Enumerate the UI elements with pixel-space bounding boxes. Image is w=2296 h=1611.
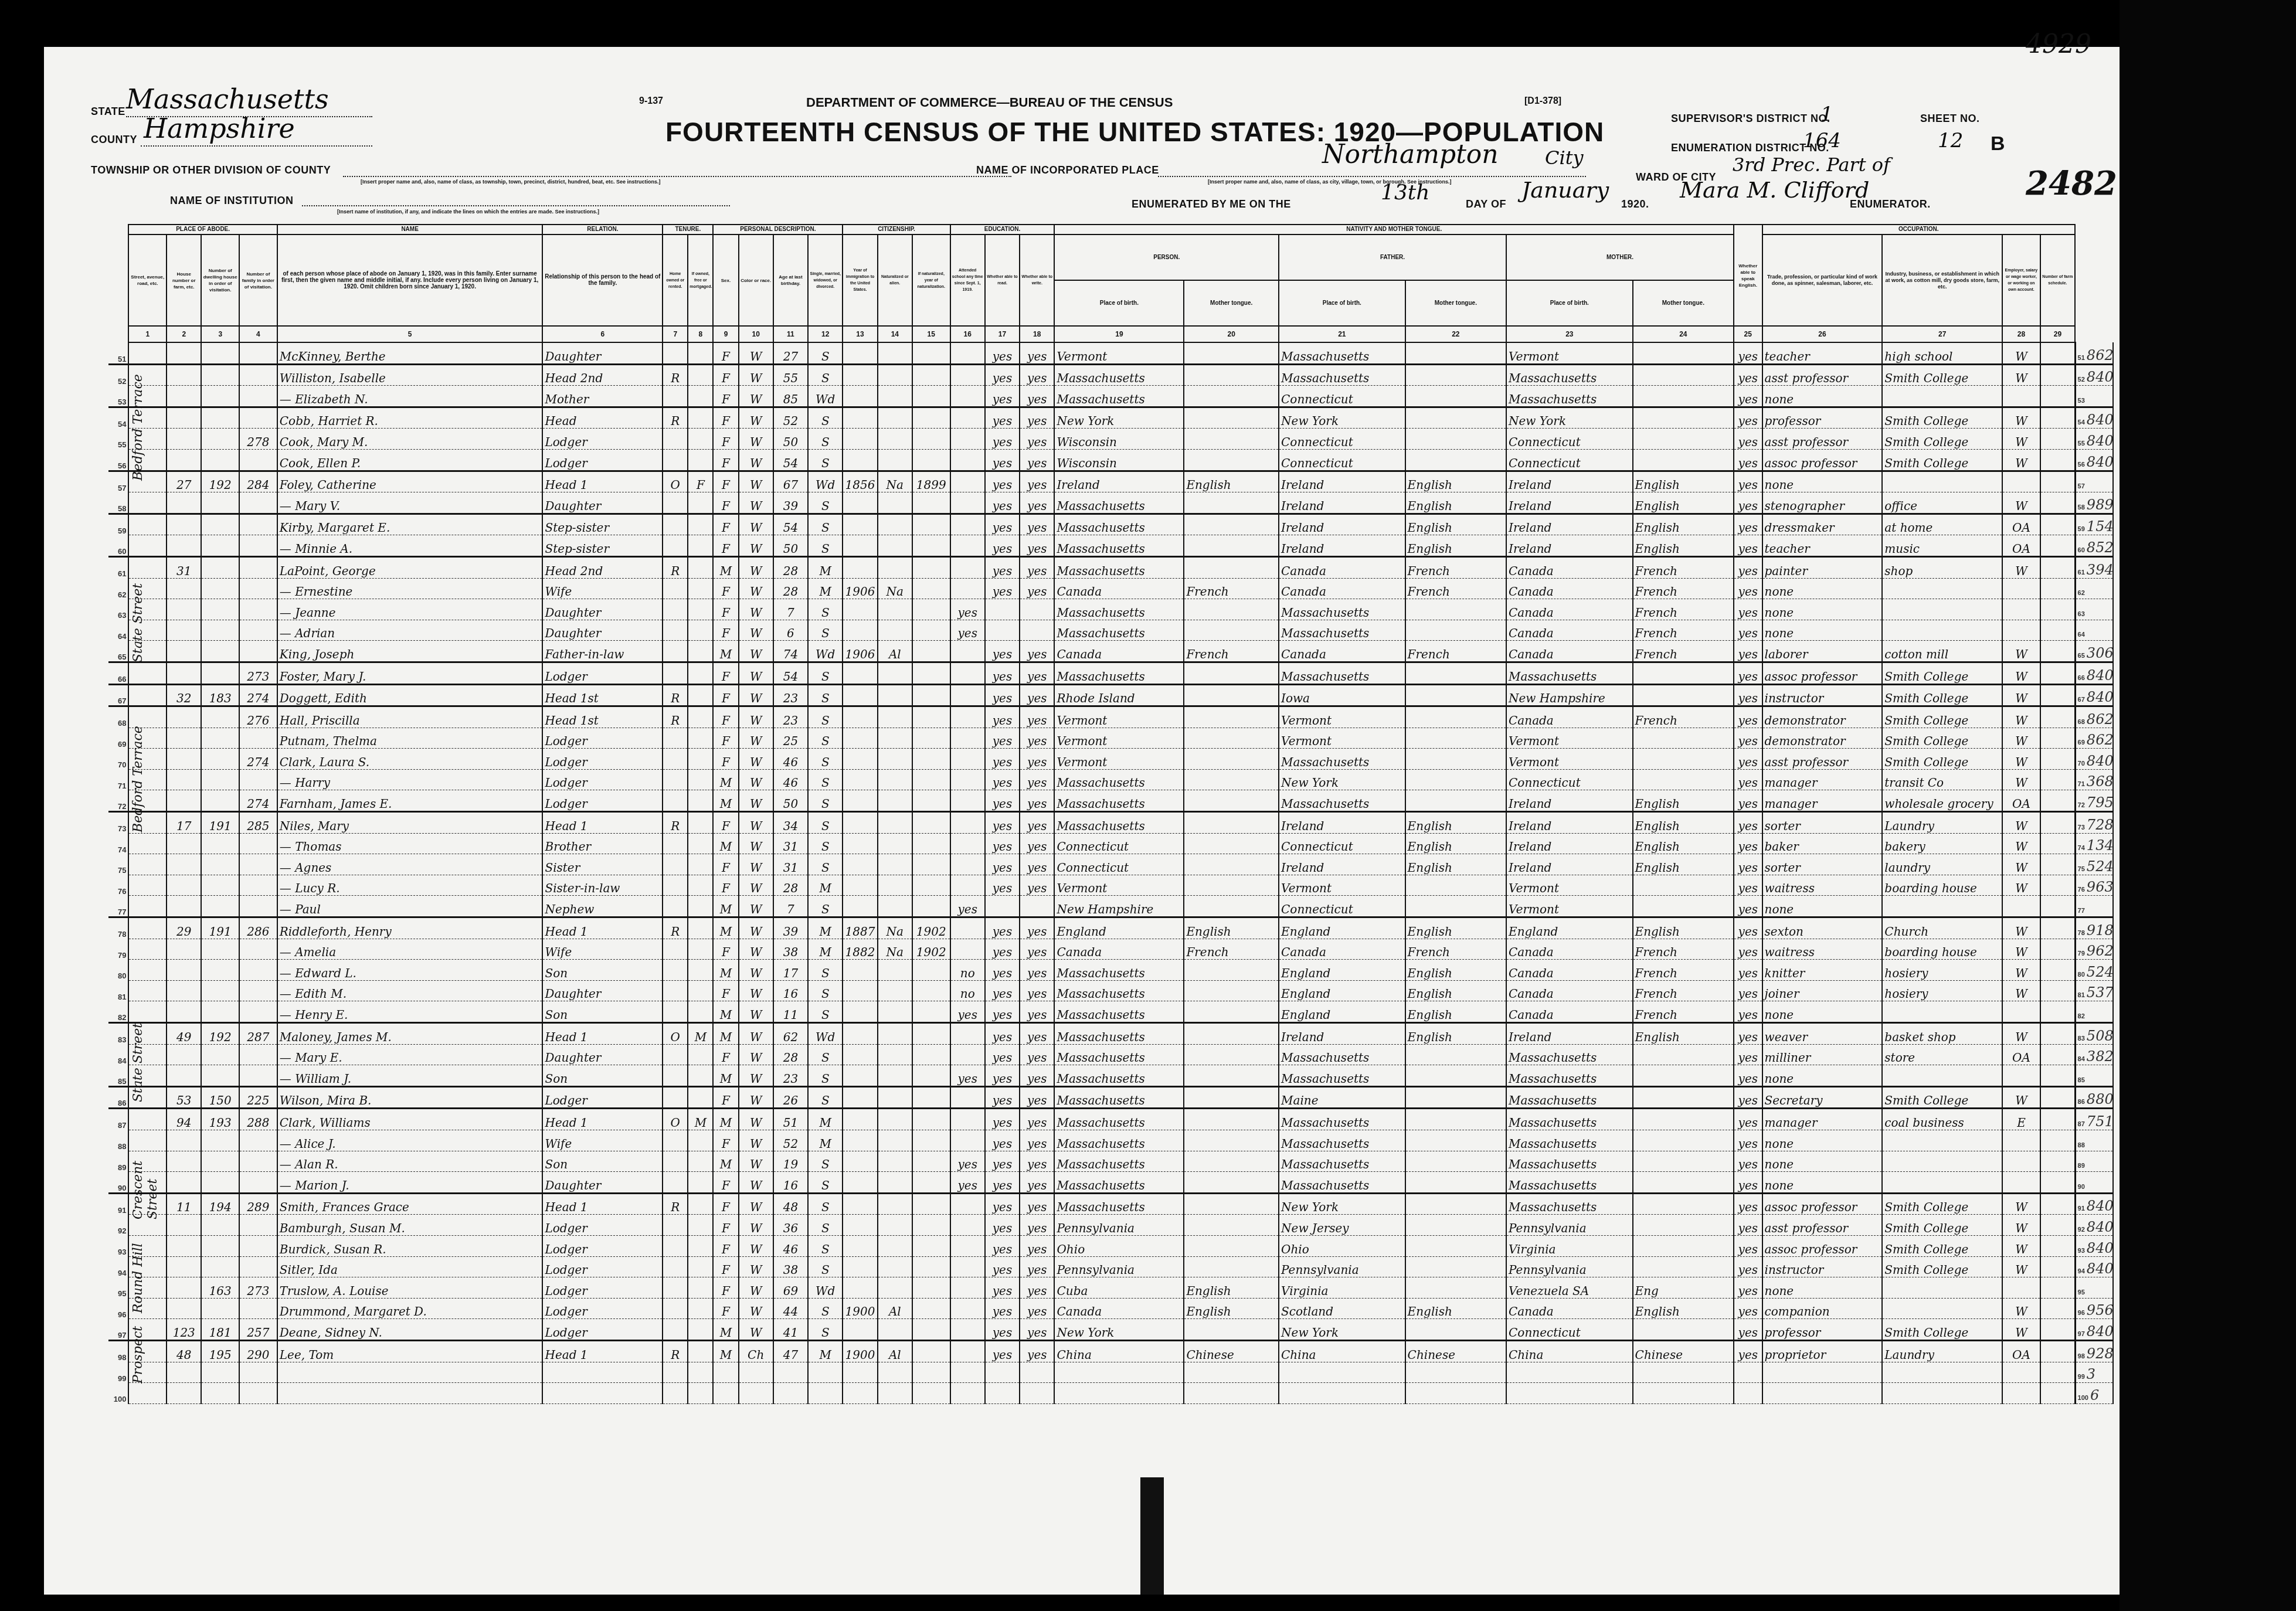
- stamp-number-side: 2482: [2026, 164, 2117, 203]
- tenure-cell: O: [663, 471, 688, 492]
- mother-tongue-cell: French: [1184, 939, 1279, 960]
- father-tongue-cell: [1405, 1044, 1506, 1065]
- dwelling-number-cell: [201, 342, 239, 364]
- sex-cell: F: [713, 1130, 738, 1151]
- write-cell: yes: [1020, 1340, 1054, 1362]
- mother-tongue-of-mother-cell: [1633, 1086, 1734, 1109]
- tenure-cell: [663, 769, 688, 790]
- farm-schedule-cell: [2040, 1256, 2075, 1277]
- school-cell: [950, 1130, 985, 1151]
- mother-tongue-cell: [1184, 960, 1279, 981]
- father-tongue-cell: [1405, 1172, 1506, 1194]
- occupation-trade-cell: manager: [1762, 769, 1883, 790]
- occupation-code: 64: [2075, 620, 2113, 641]
- person-name-cell: — Alan R.: [277, 1151, 543, 1172]
- occupation-code: 54 840: [2075, 407, 2113, 429]
- father-birthplace-cell: Connecticut: [1279, 896, 1405, 917]
- employer-class-cell: [2002, 1130, 2040, 1151]
- mother-tongue-of-mother-cell: English: [1633, 535, 1734, 557]
- occupation-trade-cell: assoc professor: [1762, 449, 1883, 471]
- dwelling-number-cell: [201, 1362, 239, 1383]
- line-number-right: 61: [2078, 569, 2085, 576]
- naturalization-year-cell: [912, 407, 950, 429]
- family-number-cell: [239, 449, 277, 471]
- occupation-industry-cell: [1882, 386, 2002, 407]
- mother-tongue-of-mother-cell: French: [1633, 980, 1734, 1001]
- occupation-code-value: 134: [2087, 837, 2113, 854]
- school-cell: no: [950, 980, 985, 1001]
- dwelling-number-cell: [201, 449, 239, 471]
- mother-birthplace-cell: Pennsylvania: [1506, 1215, 1633, 1236]
- mother-tongue-of-mother-cell: [1633, 1362, 1734, 1383]
- race-cell: W: [739, 1023, 773, 1045]
- speaks-english-cell: yes: [1734, 790, 1762, 812]
- line-number: 67: [108, 684, 128, 706]
- sex-cell: M: [713, 1023, 738, 1045]
- mortgage-cell: [688, 728, 713, 749]
- naturalized-cell: [878, 1383, 912, 1404]
- tenure-cell: [663, 535, 688, 557]
- marital-status-cell: S: [808, 364, 843, 386]
- speaks-english-cell: yes: [1734, 1001, 1762, 1023]
- birthplace-cell: Massachusetts: [1054, 386, 1184, 407]
- table-row: 84— Mary E.DaughterFW28SyesyesMassachuse…: [108, 1044, 2113, 1065]
- naturalization-year-cell: [912, 599, 950, 620]
- race-cell: W: [739, 1277, 773, 1299]
- relation-cell: Daughter: [542, 599, 663, 620]
- father-tongue-cell: [1405, 620, 1506, 641]
- race-cell: W: [739, 684, 773, 706]
- naturalized-cell: Na: [878, 578, 912, 599]
- speaks-english-cell: yes: [1734, 1130, 1762, 1151]
- school-cell: [950, 728, 985, 749]
- occupation-code: 91 840: [2075, 1193, 2113, 1215]
- person-name-cell: Williston, Isabelle: [277, 364, 543, 386]
- farm-schedule-cell: [2040, 492, 2075, 514]
- sex-cell: M: [713, 833, 738, 854]
- dwelling-number-cell: 191: [201, 812, 239, 834]
- farm-schedule-cell: [2040, 1065, 2075, 1087]
- immigration-year-cell: [843, 728, 877, 749]
- father-tongue-cell: [1405, 684, 1506, 706]
- occupation-code: 97 840: [2075, 1319, 2113, 1341]
- farm-schedule-cell: [2040, 769, 2075, 790]
- sex-cell: F: [713, 535, 738, 557]
- relation-cell: Wife: [542, 1130, 663, 1151]
- race-cell: W: [739, 429, 773, 450]
- immigration-year-cell: 1882: [843, 939, 877, 960]
- farm-schedule-cell: [2040, 728, 2075, 749]
- father-tongue-cell: [1405, 407, 1506, 429]
- naturalized-cell: [878, 854, 912, 875]
- mother-tongue-cell: [1184, 1065, 1279, 1087]
- sex-cell: F: [713, 1298, 738, 1319]
- employer-class-cell: W: [2002, 1215, 2040, 1236]
- house-number-cell: [167, 769, 201, 790]
- school-cell: [950, 1109, 985, 1130]
- race-cell: W: [739, 514, 773, 535]
- person-name-cell: — Henry E.: [277, 1001, 543, 1023]
- occupation-code: 55 840: [2075, 429, 2113, 450]
- naturalized-cell: [878, 662, 912, 684]
- dwelling-number-cell: 183: [201, 684, 239, 706]
- read-cell: yes: [985, 342, 1020, 364]
- mother-tongue-of-mother-cell: [1633, 1172, 1734, 1194]
- occupation-industry-cell: Smith College: [1882, 407, 2002, 429]
- marital-status-cell: S: [808, 1256, 843, 1277]
- house-number-cell: [167, 896, 201, 917]
- line-number: 53: [108, 386, 128, 407]
- mortgage-cell: [688, 429, 713, 450]
- read-cell: yes: [985, 1298, 1020, 1319]
- header-citizenship: CITIZENSHIP.: [843, 225, 950, 234]
- mother-birthplace-cell: England: [1506, 917, 1633, 939]
- column-number: 23: [1506, 326, 1633, 342]
- mother-tongue-of-mother-cell: [1633, 1193, 1734, 1215]
- marital-status-cell: S: [808, 854, 843, 875]
- occupation-industry-cell: Smith College: [1882, 749, 2002, 770]
- naturalized-cell: [878, 980, 912, 1001]
- birthplace-cell: Massachusetts: [1054, 960, 1184, 981]
- race-cell: W: [739, 620, 773, 641]
- occupation-code-value: 963: [2087, 879, 2113, 895]
- house-number-cell: 17: [167, 812, 201, 834]
- mortgage-cell: [688, 960, 713, 981]
- county-value: Hampshire: [144, 113, 295, 144]
- naturalized-cell: [878, 407, 912, 429]
- immigration-year-cell: [843, 1362, 877, 1383]
- column-number: 14: [878, 326, 912, 342]
- line-number: 92: [108, 1215, 128, 1236]
- line-number: 58: [108, 492, 128, 514]
- person-name-cell: Deane, Sidney N.: [277, 1319, 543, 1341]
- speaks-english-cell: yes: [1734, 578, 1762, 599]
- marital-status-cell: M: [808, 875, 843, 896]
- occupation-industry-cell: coal business: [1882, 1109, 2002, 1130]
- race-cell: W: [739, 896, 773, 917]
- header-c17: Whether able to read.: [985, 234, 1020, 326]
- school-cell: [950, 449, 985, 471]
- header-nativity: NATIVITY AND MOTHER TONGUE.: [1054, 225, 1734, 234]
- occupation-industry-cell: [1882, 1151, 2002, 1172]
- sex-cell: F: [713, 980, 738, 1001]
- house-number-cell: [167, 1298, 201, 1319]
- occupation-trade-cell: painter: [1762, 556, 1883, 578]
- line-number: 86: [108, 1086, 128, 1109]
- school-cell: [950, 833, 985, 854]
- tenure-cell: [663, 1151, 688, 1172]
- occupation-code-value: 537: [2087, 984, 2113, 1001]
- employer-class-cell: W: [2002, 1298, 2040, 1319]
- read-cell: yes: [985, 1215, 1020, 1236]
- school-cell: [950, 769, 985, 790]
- table-row: 74— ThomasBrotherMW31SyesyesConnecticutC…: [108, 833, 2113, 854]
- age-cell: 16: [773, 1172, 808, 1194]
- street-cell: [128, 1383, 167, 1404]
- tenure-cell: [663, 960, 688, 981]
- table-row: 63— JeanneDaughterFW7SyesMassachusettsMa…: [108, 599, 2113, 620]
- naturalized-cell: [878, 1065, 912, 1087]
- naturalization-year-cell: [912, 342, 950, 364]
- immigration-year-cell: [843, 1193, 877, 1215]
- school-cell: [950, 939, 985, 960]
- relation-cell: Lodger: [542, 749, 663, 770]
- naturalization-year-cell: [912, 896, 950, 917]
- header-english: Whether able to speak English.: [1734, 225, 1762, 326]
- tenure-cell: [663, 386, 688, 407]
- occupation-code-value: 524: [2087, 858, 2113, 875]
- family-number-cell: [239, 896, 277, 917]
- sex-cell: M: [713, 917, 738, 939]
- race-cell: W: [739, 1172, 773, 1194]
- naturalization-year-cell: 1899: [912, 471, 950, 492]
- line-number-right: 88: [2078, 1142, 2085, 1149]
- mother-tongue-of-mother-cell: French: [1633, 960, 1734, 981]
- occupation-code: 80 524: [2075, 960, 2113, 981]
- age-cell: 52: [773, 1130, 808, 1151]
- dwelling-number-cell: [201, 662, 239, 684]
- father-tongue-cell: English: [1405, 1298, 1506, 1319]
- tenure-cell: [663, 449, 688, 471]
- family-number-cell: [239, 833, 277, 854]
- relation-cell: Father-in-law: [542, 641, 663, 662]
- speaks-english-cell: yes: [1734, 535, 1762, 557]
- birthplace-cell: Vermont: [1054, 342, 1184, 364]
- house-number-cell: [167, 1151, 201, 1172]
- father-birthplace-cell: Massachusetts: [1279, 620, 1405, 641]
- house-number-cell: [167, 706, 201, 728]
- sex-cell: M: [713, 1001, 738, 1023]
- supervisor-district-value: 1: [1821, 103, 1833, 126]
- family-number-cell: 287: [239, 1023, 277, 1045]
- naturalization-year-cell: [912, 364, 950, 386]
- person-name-cell: Burdick, Susan R.: [277, 1235, 543, 1256]
- speaks-english-cell: yes: [1734, 769, 1762, 790]
- school-cell: [950, 1383, 985, 1404]
- farm-schedule-cell: [2040, 556, 2075, 578]
- birthplace-cell: Ohio: [1054, 1235, 1184, 1256]
- family-number-cell: [239, 875, 277, 896]
- line-number: 52: [108, 364, 128, 386]
- occupation-trade-cell: none: [1762, 896, 1883, 917]
- father-birthplace-cell: Ireland: [1279, 492, 1405, 514]
- person-name-cell: — Ernestine: [277, 578, 543, 599]
- school-cell: [950, 1193, 985, 1215]
- mother-tongue-cell: French: [1184, 641, 1279, 662]
- person-name-cell: — Agnes: [277, 854, 543, 875]
- occupation-trade-cell: demonstrator: [1762, 728, 1883, 749]
- mother-tongue-cell: [1184, 556, 1279, 578]
- immigration-year-cell: [843, 514, 877, 535]
- dwelling-number-cell: 163: [201, 1277, 239, 1299]
- write-cell: yes: [1020, 1298, 1054, 1319]
- immigration-year-cell: [843, 1130, 877, 1151]
- farm-schedule-cell: [2040, 514, 2075, 535]
- occupation-code: 83 508: [2075, 1023, 2113, 1045]
- sex-cell: F: [713, 620, 738, 641]
- naturalized-cell: [878, 812, 912, 834]
- father-birthplace-cell: Massachusetts: [1279, 364, 1405, 386]
- line-number-right: 60: [2078, 547, 2085, 554]
- sex-cell: F: [713, 875, 738, 896]
- relation-cell: Head 2nd: [542, 364, 663, 386]
- employer-class-cell: W: [2002, 556, 2040, 578]
- farm-schedule-cell: [2040, 449, 2075, 471]
- marital-status-cell: M: [808, 556, 843, 578]
- race-cell: W: [739, 833, 773, 854]
- occupation-code: 92 840: [2075, 1215, 2113, 1236]
- write-cell: yes: [1020, 833, 1054, 854]
- house-number-cell: [167, 1256, 201, 1277]
- age-cell: 23: [773, 706, 808, 728]
- immigration-year-cell: [843, 790, 877, 812]
- occupation-trade-cell: sexton: [1762, 917, 1883, 939]
- mother-birthplace-cell: Connecticut: [1506, 449, 1633, 471]
- mortgage-cell: [688, 1362, 713, 1383]
- family-number-cell: [239, 1215, 277, 1236]
- school-cell: [950, 1319, 985, 1341]
- naturalized-cell: [878, 1001, 912, 1023]
- occupation-trade-cell: Secretary: [1762, 1086, 1883, 1109]
- marital-status-cell: M: [808, 1109, 843, 1130]
- person-name-cell: — Mary V.: [277, 492, 543, 514]
- school-cell: yes: [950, 1001, 985, 1023]
- race-cell: W: [739, 1109, 773, 1130]
- table-row: 79— AmeliaWifeFW38M1882Na1902yesyesCanad…: [108, 939, 2113, 960]
- speaks-english-cell: yes: [1734, 599, 1762, 620]
- write-cell: yes: [1020, 407, 1054, 429]
- person-name-cell: Foster, Mary J.: [277, 662, 543, 684]
- father-birthplace-cell: Iowa: [1279, 684, 1405, 706]
- father-birthplace-cell: Canada: [1279, 578, 1405, 599]
- immigration-year-cell: [843, 342, 877, 364]
- mortgage-cell: [688, 1001, 713, 1023]
- school-cell: [950, 556, 985, 578]
- sex-cell: F: [713, 407, 738, 429]
- header-place-of-abode: PLACE OF ABODE.: [128, 225, 277, 234]
- sex-cell: M: [713, 1065, 738, 1087]
- street-annotation: State Street: [131, 504, 145, 662]
- county-label: COUNTY: [91, 134, 137, 146]
- read-cell: [985, 599, 1020, 620]
- occupation-code: 73 728: [2075, 812, 2113, 834]
- mother-tongue-cell: [1184, 1172, 1279, 1194]
- occupation-industry-cell: [1882, 471, 2002, 492]
- mother-birthplace-cell: Massachusetts: [1506, 662, 1633, 684]
- school-cell: [950, 875, 985, 896]
- employer-class-cell: W: [2002, 1023, 2040, 1045]
- line-number: 63: [108, 599, 128, 620]
- mother-birthplace-cell: Vermont: [1506, 728, 1633, 749]
- employer-class-cell: OA: [2002, 790, 2040, 812]
- race-cell: W: [739, 812, 773, 834]
- line-number-right: 52: [2078, 376, 2085, 383]
- occupation-trade-cell: none: [1762, 471, 1883, 492]
- occupation-code: 87 751: [2075, 1109, 2113, 1130]
- occupation-industry-cell: [1882, 1130, 2002, 1151]
- relation-cell: Brother: [542, 833, 663, 854]
- header-father: FATHER.: [1279, 234, 1506, 280]
- mother-tongue-of-mother-cell: [1633, 749, 1734, 770]
- line-number: 87: [108, 1109, 128, 1130]
- father-tongue-cell: [1405, 1193, 1506, 1215]
- speaks-english-cell: yes: [1734, 364, 1762, 386]
- naturalization-year-cell: [912, 1298, 950, 1319]
- occupation-industry-cell: bakery: [1882, 833, 2002, 854]
- column-number: 15: [912, 326, 950, 342]
- occupation-code: 69 862: [2075, 728, 2113, 749]
- family-number-cell: [239, 769, 277, 790]
- race-cell: W: [739, 386, 773, 407]
- occupation-industry-cell: Smith College: [1882, 1319, 2002, 1341]
- family-number-cell: [239, 728, 277, 749]
- father-birthplace-cell: [1279, 1362, 1405, 1383]
- father-tongue-cell: [1405, 1256, 1506, 1277]
- write-cell: yes: [1020, 471, 1054, 492]
- read-cell: [985, 896, 1020, 917]
- age-cell: 26: [773, 1086, 808, 1109]
- employer-class-cell: W: [2002, 854, 2040, 875]
- occupation-trade-cell: dressmaker: [1762, 514, 1883, 535]
- mother-tongue-cell: [1184, 1086, 1279, 1109]
- immigration-year-cell: [843, 1001, 877, 1023]
- person-name-cell: Bamburgh, Susan M.: [277, 1215, 543, 1236]
- line-number: 99: [108, 1362, 128, 1383]
- occupation-code-value: 840: [2087, 667, 2113, 684]
- table-row: 9999 3: [108, 1362, 2113, 1383]
- occupation-industry-cell: hosiery: [1882, 980, 2002, 1001]
- age-cell: 47: [773, 1340, 808, 1362]
- marital-status-cell: S: [808, 980, 843, 1001]
- table-row: 7317191285Niles, MaryHead 1RFW34SyesyesM…: [108, 812, 2113, 834]
- age-cell: 23: [773, 684, 808, 706]
- dwelling-number-cell: [201, 980, 239, 1001]
- tenure-cell: R: [663, 364, 688, 386]
- employer-class-cell: W: [2002, 1193, 2040, 1215]
- marital-status-cell: S: [808, 728, 843, 749]
- naturalization-year-cell: [912, 1256, 950, 1277]
- naturalization-year-cell: [912, 662, 950, 684]
- family-number-cell: 286: [239, 917, 277, 939]
- relation-cell: Lodger: [542, 1086, 663, 1109]
- immigration-year-cell: 1887: [843, 917, 877, 939]
- person-name-cell: Clark, Laura S.: [277, 749, 543, 770]
- naturalized-cell: [878, 1172, 912, 1194]
- age-cell: 28: [773, 578, 808, 599]
- relation-cell: Daughter: [542, 620, 663, 641]
- relation-cell: Head: [542, 407, 663, 429]
- birthplace-cell: Massachusetts: [1054, 556, 1184, 578]
- occupation-code: 75 524: [2075, 854, 2113, 875]
- mother-tongue-cell: [1184, 875, 1279, 896]
- ed-value: 164: [1803, 129, 1841, 152]
- occupation-code-value: 840: [2087, 433, 2113, 449]
- street-cell: [128, 662, 167, 684]
- father-birthplace-cell: Massachusetts: [1279, 790, 1405, 812]
- mother-birthplace-cell: Ireland: [1506, 833, 1633, 854]
- occupation-industry-cell: Smith College: [1882, 1193, 2002, 1215]
- person-name-cell: Putnam, Thelma: [277, 728, 543, 749]
- naturalized-cell: [878, 492, 912, 514]
- line-number-right: 100: [2078, 1395, 2088, 1402]
- mother-tongue-of-mother-cell: [1633, 1235, 1734, 1256]
- sex-cell: F: [713, 514, 738, 535]
- father-tongue-cell: [1405, 1109, 1506, 1130]
- column-number: 19: [1054, 326, 1184, 342]
- occupation-code: 72 795: [2075, 790, 2113, 812]
- father-tongue-cell: English: [1405, 492, 1506, 514]
- mother-tongue-of-mother-cell: [1633, 875, 1734, 896]
